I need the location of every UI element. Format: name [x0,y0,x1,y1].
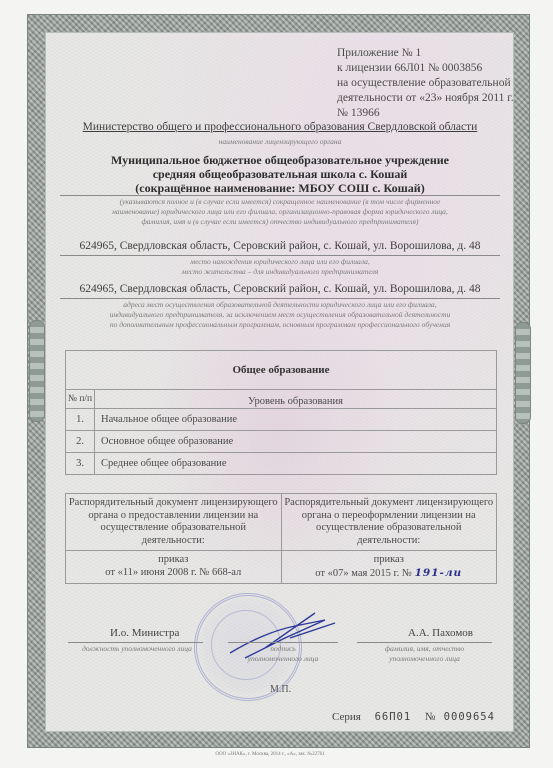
row-level: Начальное общее образование [95,409,497,431]
number-label: № [425,711,436,723]
activity-address-caption: адреса мест осуществления образовательно… [60,300,500,330]
caption-line: по дополнительным профессиональным прогр… [60,320,500,330]
reissue-document-header: Распорядительный документ лицензирующего… [281,494,497,551]
activity-address: 624965, Свердловская область, Серовский … [60,283,500,295]
divider [68,642,203,643]
caption-line: (указываются полное и (в случае если име… [60,197,500,207]
caption-line: подпись [228,644,338,654]
education-levels-table: Общее образование № п/п Уровень образова… [65,350,497,475]
document-date: от «07» мая 2015 г. № [315,568,412,579]
form-serial: Серия 66П01 № 0009654 [332,711,495,723]
row-number: 1. [66,409,95,431]
form-number: 0009654 [444,711,495,723]
reissue-document-detail: приказ от «07» мая 2015 г. № 191-ли [281,551,497,584]
caption-line: место жительства – для индивидуального п… [60,267,500,277]
name-caption: фамилия, имя, отчество уполномоченного л… [357,644,492,664]
signatory-position: И.о. Министра [110,627,179,639]
divider [60,195,500,196]
handwritten-number: 191-ли [415,567,463,579]
signature-caption: подпись уполномоченного лица [228,644,338,664]
caption-line: место нахождения юридического лица или е… [60,257,500,267]
table-row: 2. Основное общее образование [66,431,497,453]
organization-line: средняя общеобразовательная школа с. Кош… [60,167,500,181]
licensing-authority: Министерство общего и профессионального … [60,121,500,133]
appendix-line: № 13966 [337,106,514,121]
legal-address-caption: место нахождения юридического лица или е… [60,257,500,277]
table-title: Общее образование [66,351,497,390]
right-ornament [515,322,531,424]
caption-line: наименование) юридического лица или его … [60,207,500,217]
document-type: приказ [68,554,279,567]
caption-line: индивидуального предпринимателя, за искл… [60,310,500,320]
appendix-line: деятельности от «23» ноября 2011 г. [337,91,514,106]
caption-line: уполномоченного лица [228,654,338,664]
row-level: Среднее общее образование [95,453,497,475]
row-level: Основное общее образование [95,431,497,453]
organization-line: (сокращённое наименование: МБОУ СОШ с. К… [60,181,500,195]
appendix-line: Приложение № 1 [337,46,514,61]
printer-imprint: ООО «ЗНАК», г. Москва, 2014 г., «А», зак… [200,752,340,757]
series-label: Серия [332,711,361,723]
position-caption: должность уполномоченного лица [62,644,212,654]
divider [357,642,492,643]
legal-address: 624965, Свердловская область, Серовский … [60,240,500,252]
grant-document-detail: приказ от «11» июня 2008 г. № 668-ал [66,551,282,584]
caption-line: адреса мест осуществления образовательно… [60,300,500,310]
caption-line: фамилия, имя, отчество [357,644,492,654]
organization-name: Муниципальное бюджетное общеобразователь… [60,153,500,195]
appendix-line: на осуществление образовательной [337,76,514,91]
caption-line: фамилия, имя и (в случае если имеется) о… [60,217,500,227]
appendix-line: к лицензии 66Л01 № 0003856 [337,61,514,76]
organization-caption: (указываются полное и (в случае если име… [60,197,500,227]
series-value: 66П01 [375,711,412,723]
divider [60,298,500,299]
divider [60,255,500,256]
column-header-level: Уровень образования [95,390,497,409]
grant-document-header: Распорядительный документ лицензирующего… [66,494,282,551]
signatory-name: А.А. Пахомов [408,627,473,639]
appendix-block: Приложение № 1 к лицензии 66Л01 № 000385… [337,46,514,121]
administrative-documents-table: Распорядительный документ лицензирующего… [65,493,497,584]
column-header-number: № п/п [66,390,95,409]
document-date-number: от «11» июня 2008 г. № 668-ал [68,567,279,580]
organization-line: Муниципальное бюджетное общеобразователь… [60,153,500,167]
divider [228,642,338,643]
left-ornament [29,320,45,422]
caption-line: уполномоченного лица [357,654,492,664]
table-row: 1. Начальное общее образование [66,409,497,431]
row-number: 2. [66,431,95,453]
table-row: 3. Среднее общее образование [66,453,497,475]
licensing-authority-caption: наименование лицензирующего органа [60,137,500,147]
document-type: приказ [284,554,495,567]
stamp-place: М.П. [270,684,291,695]
document-date-number: от «07» мая 2015 г. № 191-ли [284,567,495,581]
row-number: 3. [66,453,95,475]
